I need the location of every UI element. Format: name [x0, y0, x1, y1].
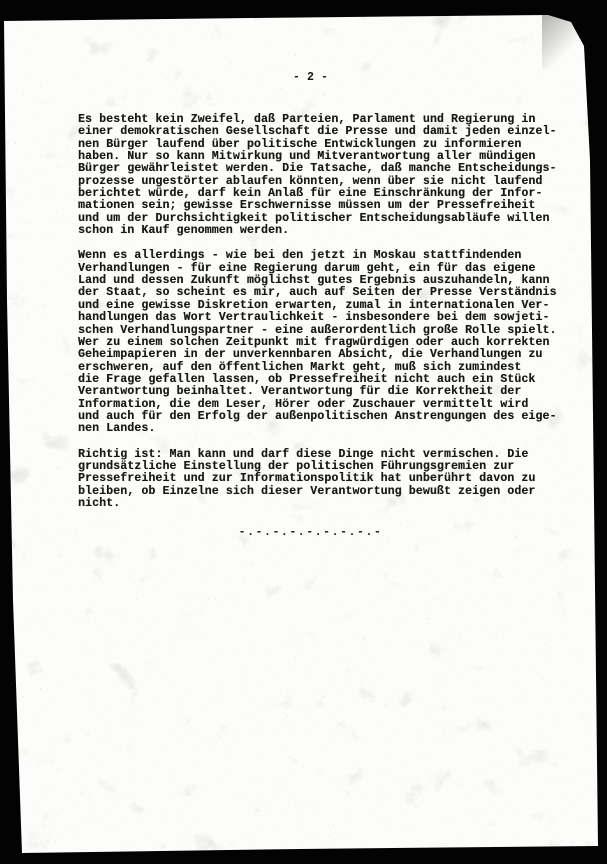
page-number: - 2 -	[78, 71, 543, 84]
end-of-text-separator: -.-.-.-.-.-.-.-.-	[78, 526, 543, 539]
scan-background: { "document": { "page_number": "- 2 -", …	[0, 0, 607, 864]
torn-corner-shade	[542, 14, 592, 69]
document-body: Es besteht kein Zweifel, daß Parteien, P…	[78, 114, 578, 523]
document-page: - 2 - Es besteht kein Zweifel, daß Parte…	[0, 0, 607, 864]
paragraph-2: Wenn es allerdings - wie bei den jetzt i…	[78, 250, 578, 435]
paragraph-1: Es besteht kein Zweifel, daß Parteien, P…	[78, 114, 578, 237]
photocopy-frame: - 2 - Es besteht kein Zweifel, daß Parte…	[0, 0, 607, 864]
paragraph-3: Richtig ist: Man kann und darf diese Din…	[78, 449, 578, 511]
